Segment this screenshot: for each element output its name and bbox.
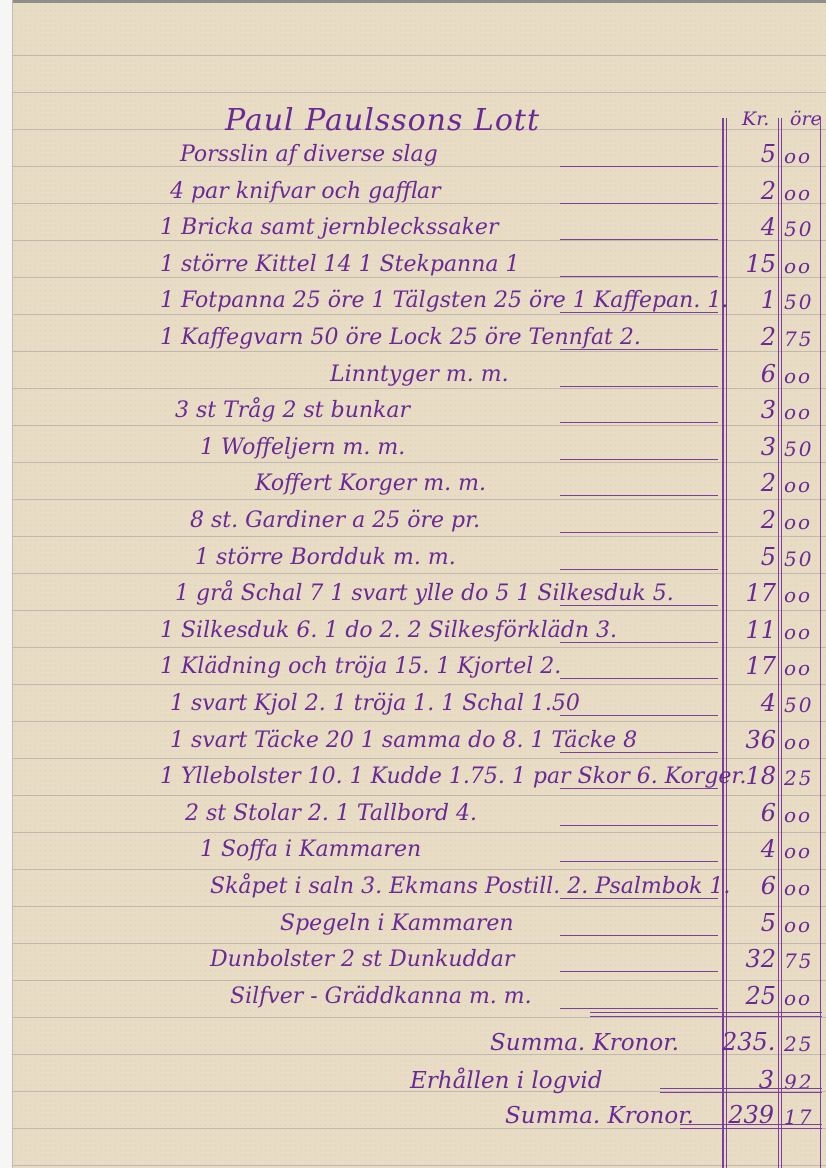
amount-kronor: 17 xyxy=(724,579,776,607)
fill-dash-line xyxy=(560,935,718,936)
fill-dash-line xyxy=(560,532,718,533)
ruled-line xyxy=(13,499,826,500)
amount-kronor: 18 xyxy=(724,762,776,790)
fill-dash-line xyxy=(560,1008,718,1009)
amount-kronor: 5 xyxy=(724,909,776,937)
amount-kronor: 15 xyxy=(724,250,776,278)
amount-ore: oo xyxy=(784,364,826,388)
amount-ore: oo xyxy=(784,913,826,937)
total-label: Erhållen i logvid xyxy=(410,1068,602,1094)
fill-dash-line xyxy=(560,569,718,570)
ruled-line xyxy=(13,536,826,537)
item-description: 1 större Bordduk m. m. xyxy=(195,545,456,570)
fill-dash-line xyxy=(560,715,718,716)
item-description: 2 st Stolar 2. 1 Tallbord 4. xyxy=(185,801,477,826)
amount-kronor: 32 xyxy=(724,945,776,973)
ruled-line xyxy=(13,980,826,981)
fill-dash-line xyxy=(560,422,718,423)
amount-kronor: 2 xyxy=(724,506,776,534)
item-description: 1 svart Täcke 20 1 samma do 8. 1 Täcke 8 xyxy=(170,728,637,753)
amount-ore: oo xyxy=(784,876,826,900)
amount-kronor: 5 xyxy=(724,543,776,571)
ruled-line xyxy=(13,832,826,833)
ruled-line xyxy=(13,351,826,352)
amount-ore: oo xyxy=(784,986,826,1010)
amount-ore: oo xyxy=(784,400,826,424)
amount-ore: 50 xyxy=(784,290,826,314)
ruled-line xyxy=(13,1017,826,1018)
ruled-line xyxy=(13,1054,826,1055)
amount-kronor: 4 xyxy=(724,835,776,863)
item-description: 1 Bricka samt jernbleckssaker xyxy=(160,215,498,240)
amount-ore: 75 xyxy=(784,949,826,973)
ruled-line xyxy=(13,610,826,611)
item-description: Dunbolster 2 st Dunkuddar xyxy=(210,947,514,972)
fill-dash-line xyxy=(560,861,718,862)
item-description: 1 Woffeljern m. m. xyxy=(200,435,405,460)
amount-kronor: 2 xyxy=(724,469,776,497)
ruled-line xyxy=(13,869,826,870)
fill-dash-line xyxy=(560,166,718,167)
ruled-line xyxy=(13,647,826,648)
item-description: Skåpet i saln 3. Ekmans Postill. 2. Psal… xyxy=(210,874,730,899)
amount-kronor: 6 xyxy=(724,799,776,827)
amount-ore: oo xyxy=(784,181,826,205)
ruled-line xyxy=(13,277,826,278)
amount-ore: oo xyxy=(784,839,826,863)
amount-ore: oo xyxy=(784,473,826,497)
column-header-ore: öre xyxy=(790,108,822,130)
document-title: Paul Paulssons Lott xyxy=(225,103,540,138)
amount-kronor: 6 xyxy=(724,360,776,388)
amount-kronor: 17 xyxy=(724,652,776,680)
item-description: 1 grå Schal 7 1 svart ylle do 5 1 Silkes… xyxy=(175,581,674,606)
amount-kronor: 1 xyxy=(724,286,776,314)
ruled-line xyxy=(13,573,826,574)
amount-kronor: 3 xyxy=(724,396,776,424)
amount-kronor: 36 xyxy=(724,726,776,754)
item-description: 1 Fotpanna 25 öre 1 Tälgsten 25 öre 1 Ka… xyxy=(160,288,728,313)
fill-dash-line xyxy=(560,825,718,826)
ruled-line xyxy=(13,758,826,759)
amount-ore: 75 xyxy=(784,327,826,351)
fill-dash-line xyxy=(560,495,718,496)
fill-dash-line xyxy=(560,459,718,460)
item-description: 1 större Kittel 14 1 Stekpanna 1 xyxy=(160,252,520,277)
fill-dash-line xyxy=(560,276,718,277)
amount-kronor: 4 xyxy=(724,689,776,717)
item-description: Spegeln i Kammaren xyxy=(280,911,514,936)
fill-dash-line xyxy=(560,678,718,679)
total-ore: 25 xyxy=(784,1032,826,1056)
fill-dash-line xyxy=(560,971,718,972)
ruled-line xyxy=(13,314,826,315)
ruled-line xyxy=(13,943,826,944)
ruled-line xyxy=(13,721,826,722)
item-description: Porsslin af diverse slag xyxy=(180,142,438,167)
ruled-line xyxy=(13,92,826,93)
amount-kronor: 5 xyxy=(724,140,776,168)
ruled-line xyxy=(13,1165,826,1166)
column-divider-kronor-ore-inner xyxy=(781,118,782,1168)
amount-kronor: 2 xyxy=(724,323,776,351)
ruled-line xyxy=(13,795,826,796)
amount-kronor: 6 xyxy=(724,872,776,900)
item-description: 1 Silkesduk 6. 1 do 2. 2 Silkesförklädn … xyxy=(160,618,617,643)
fill-dash-line xyxy=(560,386,718,387)
item-description: 8 st. Gardiner a 25 öre pr. xyxy=(190,508,480,533)
fill-dash-line xyxy=(560,239,718,240)
amount-ore: 50 xyxy=(784,437,826,461)
amount-ore: 50 xyxy=(784,693,826,717)
amount-ore: oo xyxy=(784,620,826,644)
ruled-line xyxy=(13,684,826,685)
total-label: Summa. Kronor. xyxy=(505,1103,694,1129)
item-description: 1 Kaffegvarn 50 öre Lock 25 öre Tennfat … xyxy=(160,325,641,350)
subtotal-rule xyxy=(590,1012,822,1017)
amount-ore: oo xyxy=(784,803,826,827)
amount-ore: oo xyxy=(784,510,826,534)
amount-ore: 25 xyxy=(784,766,826,790)
amount-ore: 50 xyxy=(784,217,826,241)
item-description: 1 Yllebolster 10. 1 Kudde 1.75. 1 par Sk… xyxy=(160,764,747,789)
amount-ore: oo xyxy=(784,583,826,607)
column-header-kronor: Kr. xyxy=(742,108,769,130)
amount-ore: oo xyxy=(784,144,826,168)
amount-kronor: 2 xyxy=(724,177,776,205)
amount-ore: oo xyxy=(784,730,826,754)
item-description: 4 par knifvar och gafflar xyxy=(170,179,441,204)
item-description: Silfver - Gräddkanna m. m. xyxy=(230,984,532,1009)
amount-ore: 50 xyxy=(784,547,826,571)
total-kronor: 235. xyxy=(722,1028,774,1056)
total-label: Summa. Kronor. xyxy=(490,1030,679,1056)
amount-kronor: 25 xyxy=(724,982,776,1010)
item-description: 3 st Tråg 2 st bunkar xyxy=(175,398,410,423)
item-description: 1 Klädning och tröja 15. 1 Kjortel 2. xyxy=(160,654,561,679)
amount-kronor: 11 xyxy=(724,616,776,644)
ruled-line xyxy=(13,906,826,907)
fill-dash-line xyxy=(560,203,718,204)
total-rule xyxy=(660,1088,822,1093)
amount-ore: oo xyxy=(784,656,826,680)
item-description: 1 Soffa i Kammaren xyxy=(200,837,421,862)
final-total-rule xyxy=(680,1124,822,1129)
item-description: Linntyger m. m. xyxy=(330,362,509,387)
item-description: Koffert Korger m. m. xyxy=(255,471,486,496)
ruled-line xyxy=(13,425,826,426)
column-divider-kronor-ore xyxy=(778,118,779,1168)
amount-ore: oo xyxy=(784,254,826,278)
ruled-line xyxy=(13,55,826,56)
scan-left-margin xyxy=(0,0,13,1168)
ruled-line xyxy=(13,462,826,463)
item-description: 1 svart Kjol 2. 1 tröja 1. 1 Schal 1.50 xyxy=(170,691,580,716)
ruled-line xyxy=(13,388,826,389)
amount-kronor: 4 xyxy=(724,213,776,241)
amount-kronor: 3 xyxy=(724,433,776,461)
